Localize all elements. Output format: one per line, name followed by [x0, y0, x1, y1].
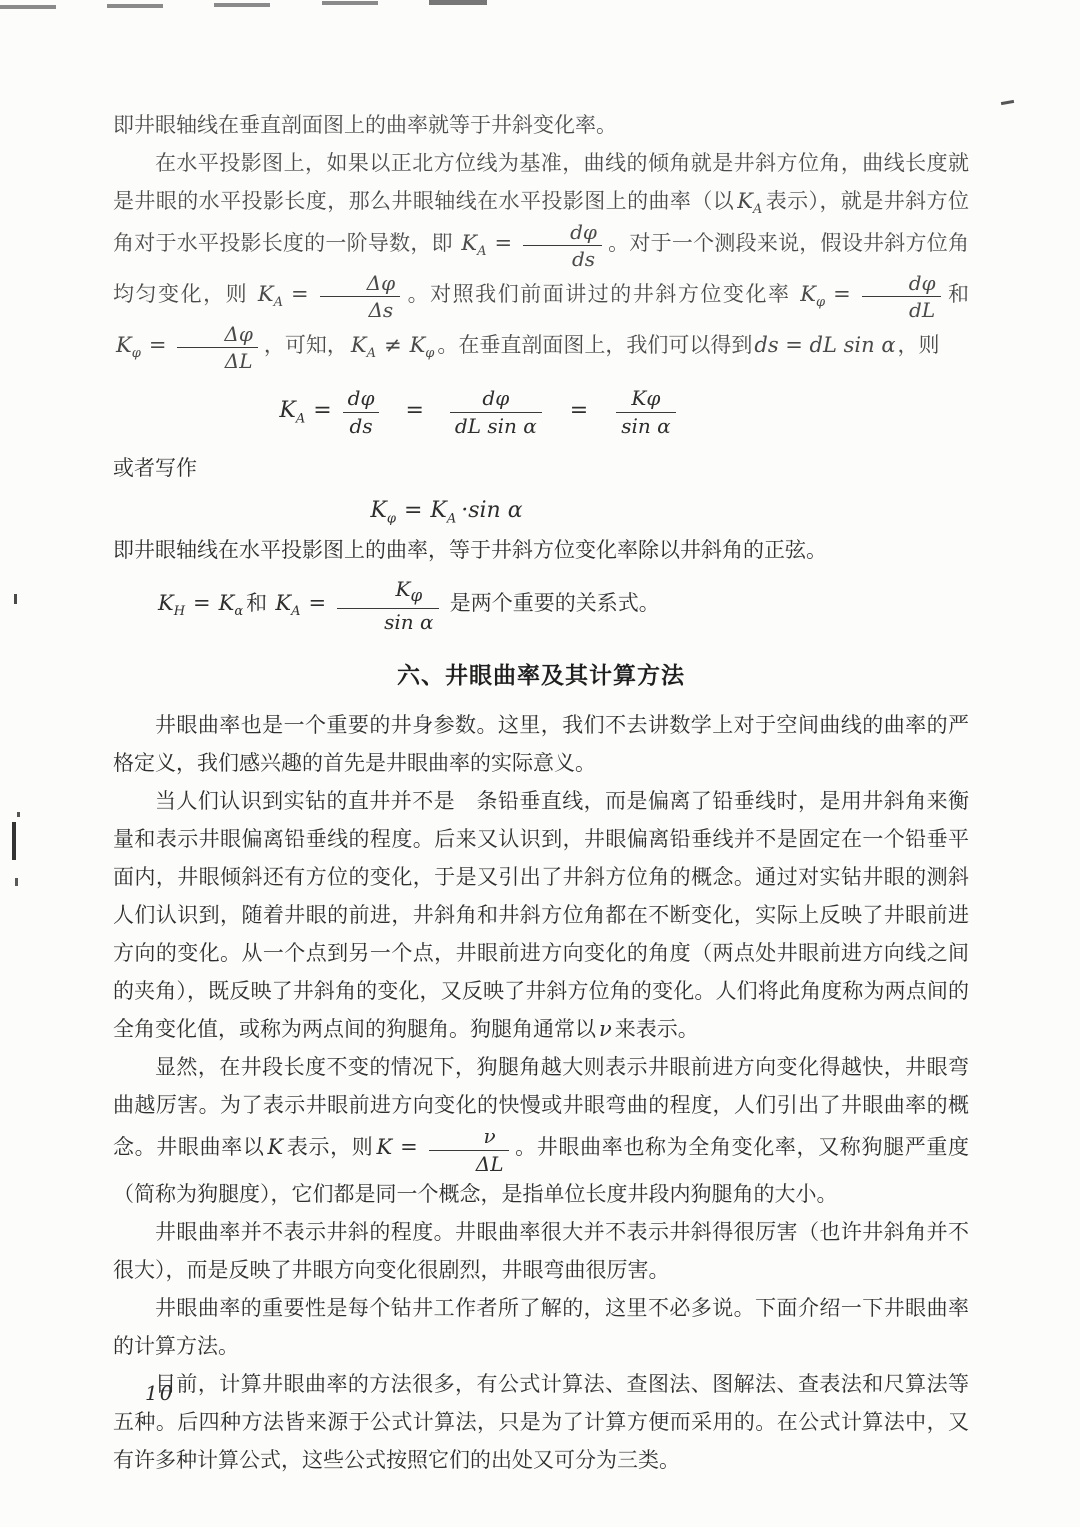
paragraph-4: 即井眼轴线在水平投影图上的曲率，等于井斜方位变化率除以井斜角的正弦。 — [113, 531, 969, 569]
equals-sign: = — [291, 282, 309, 306]
fraction: ΔφΔs — [320, 271, 400, 322]
math-var-K: K — [376, 1135, 392, 1159]
fraction-numerator: ν — [429, 1124, 509, 1150]
display-equation-Kphi: Kφ=KA·sin α — [18, 497, 874, 523]
equals-sign: = — [570, 398, 588, 423]
fraction-numerator: dφ — [450, 386, 542, 412]
math-var-KA: KA — [275, 591, 300, 615]
not-equal-sign: ≠ — [384, 333, 402, 357]
text-run: 表示，则 — [286, 1135, 373, 1159]
math-expression: ·sin α — [461, 498, 522, 523]
fraction: ΔφΔL — [177, 322, 257, 373]
fraction: Kφsin α — [337, 577, 438, 633]
fraction: dφdL — [862, 271, 941, 322]
text-run: ，可知， — [264, 333, 348, 357]
paragraph-8: 显然，在井段长度不变的情况下，狗腿角越大则表示井眼前进方向变化得越快，井眼弯曲越… — [113, 1048, 969, 1213]
math-var-KA: KA — [258, 282, 283, 306]
fraction: Kφsin α — [616, 386, 675, 437]
scan-artifact-mark — [1001, 100, 1014, 105]
equals-sign: = — [400, 1135, 418, 1159]
paragraph-5: KH=Kα和 KA=Kφsin α 是两个重要的关系式。 — [113, 577, 969, 633]
document-page: 即井眼轴线在垂直剖面图上的曲率就等于井斜变化率。 在水平投影图上，如果以正北方位… — [0, 0, 1080, 1527]
text-run: 。对照我们前面讲过的井斜方位变化率 — [406, 282, 790, 306]
scan-artifact-dash — [429, 0, 487, 5]
fraction-numerator: Kφ — [337, 577, 438, 609]
fraction-numerator: dφ — [343, 386, 380, 412]
fraction-numerator: dφ — [862, 271, 941, 297]
equals-sign: = — [308, 591, 326, 615]
fraction-denominator: ΔL — [177, 348, 257, 372]
fraction-numerator: Δφ — [320, 271, 400, 297]
scan-artifact-mark — [14, 594, 17, 604]
fraction-denominator: dL sin α — [450, 413, 542, 437]
page-content: 即井眼轴线在垂直剖面图上的曲率就等于井斜变化率。 在水平投影图上，如果以正北方位… — [113, 106, 969, 1479]
scan-artifact-dash — [322, 1, 378, 5]
fraction-denominator: ds — [343, 413, 380, 437]
text-run: 。在垂直剖面图上，我们可以得到 — [437, 333, 752, 357]
math-var-KA: KA — [279, 398, 305, 423]
equals-sign: = — [313, 398, 331, 423]
equals-sign: = — [404, 498, 422, 523]
text-run: 来表示。 — [615, 1017, 699, 1041]
paragraph-11: 目前，计算井眼曲率的方法很多，有公式计算法、查图法、图解法、查表法和尺算法等五种… — [113, 1365, 969, 1479]
text-run: 和 — [246, 591, 267, 615]
scan-artifact-dash — [0, 5, 56, 9]
paragraph-10: 井眼曲率的重要性是每个钻井工作者所了解的，这里不必多说。下面介绍一下井眼曲率的计… — [113, 1289, 969, 1365]
fraction: dφdL sin α — [450, 386, 542, 437]
math-var-KA: KA — [461, 231, 486, 255]
display-equation-KA: KA=dφds=dφdL sin α=Kφsin α — [51, 386, 907, 437]
paragraph-2: 在水平投影图上，如果以正北方位线为基准，曲线的倾角就是井斜方位角，曲线长度就是井… — [113, 144, 969, 372]
fraction: dφds — [343, 386, 380, 437]
math-var-K: K — [268, 1135, 284, 1159]
paragraph-1: 即井眼轴线在垂直剖面图上的曲率就等于井斜变化率。 — [113, 106, 969, 144]
scan-artifact-mark — [15, 878, 18, 886]
fraction-numerator: Δφ — [177, 322, 257, 348]
fraction-numerator: dφ — [523, 220, 602, 246]
equals-sign: = — [494, 231, 512, 255]
scan-artifact-mark — [17, 812, 20, 817]
text-run: 当人们认识到实钻的直井并不是 条铅垂直线，而是偏离了铅垂线时，是用井斜角来衡量和… — [113, 789, 969, 1041]
math-var-KA: KA — [351, 333, 376, 357]
math-expression: ds = dL sin α — [754, 333, 895, 357]
fraction-denominator: Δs — [320, 297, 400, 321]
math-var-Kphi: Kφ — [800, 282, 825, 306]
equals-sign: = — [833, 282, 851, 306]
equals-sign: = — [193, 591, 211, 615]
fraction-denominator: sin α — [616, 413, 675, 437]
scan-artifact-dash — [214, 3, 270, 7]
section-heading: 六、井眼曲率及其计算方法 — [113, 657, 969, 690]
equals-sign: = — [405, 398, 423, 423]
text-run: ，则 — [898, 333, 940, 357]
paragraph-7: 当人们认识到实钻的直井并不是 条铅垂直线，而是偏离了铅垂线时，是用井斜角来衡量和… — [113, 782, 969, 1048]
fraction: dφds — [523, 220, 602, 271]
math-var-Kalpha: Kα — [219, 591, 243, 615]
scan-artifact-mark — [12, 822, 16, 860]
equals-sign: = — [149, 333, 167, 357]
paragraph-6: 井眼曲率也是一个重要的井身参数。这里，我们不去讲数学上对于空间曲线的曲率的严格定… — [113, 706, 969, 782]
paragraph-9: 井眼曲率并不表示井斜的程度。井眼曲率很大并不表示井斜得很厉害（也许井斜角并不很大… — [113, 1213, 969, 1289]
page-number: 10 — [145, 1381, 174, 1405]
fraction-denominator: ΔL — [429, 1151, 509, 1175]
math-var-nu: ν — [599, 1017, 612, 1041]
math-var-Kphi: Kφ — [116, 333, 141, 357]
math-var-KH: KH — [158, 591, 185, 615]
fraction-numerator: Kφ — [616, 386, 675, 412]
math-var-Kphi: Kφ — [410, 333, 435, 357]
math-var-Kphi: Kφ — [370, 498, 396, 523]
paragraph-3: 或者写作 — [113, 449, 969, 487]
fraction-denominator: dL — [862, 297, 941, 321]
text-run: 和 — [947, 282, 970, 306]
fraction-denominator: sin α — [337, 609, 438, 633]
fraction: νΔL — [429, 1124, 509, 1175]
math-var-KA: KA — [430, 498, 456, 523]
fraction-denominator: ds — [523, 246, 602, 270]
scan-artifact-dash — [107, 4, 163, 8]
text-run: 是两个重要的关系式。 — [450, 591, 660, 615]
math-var-KA: KA — [737, 189, 762, 213]
